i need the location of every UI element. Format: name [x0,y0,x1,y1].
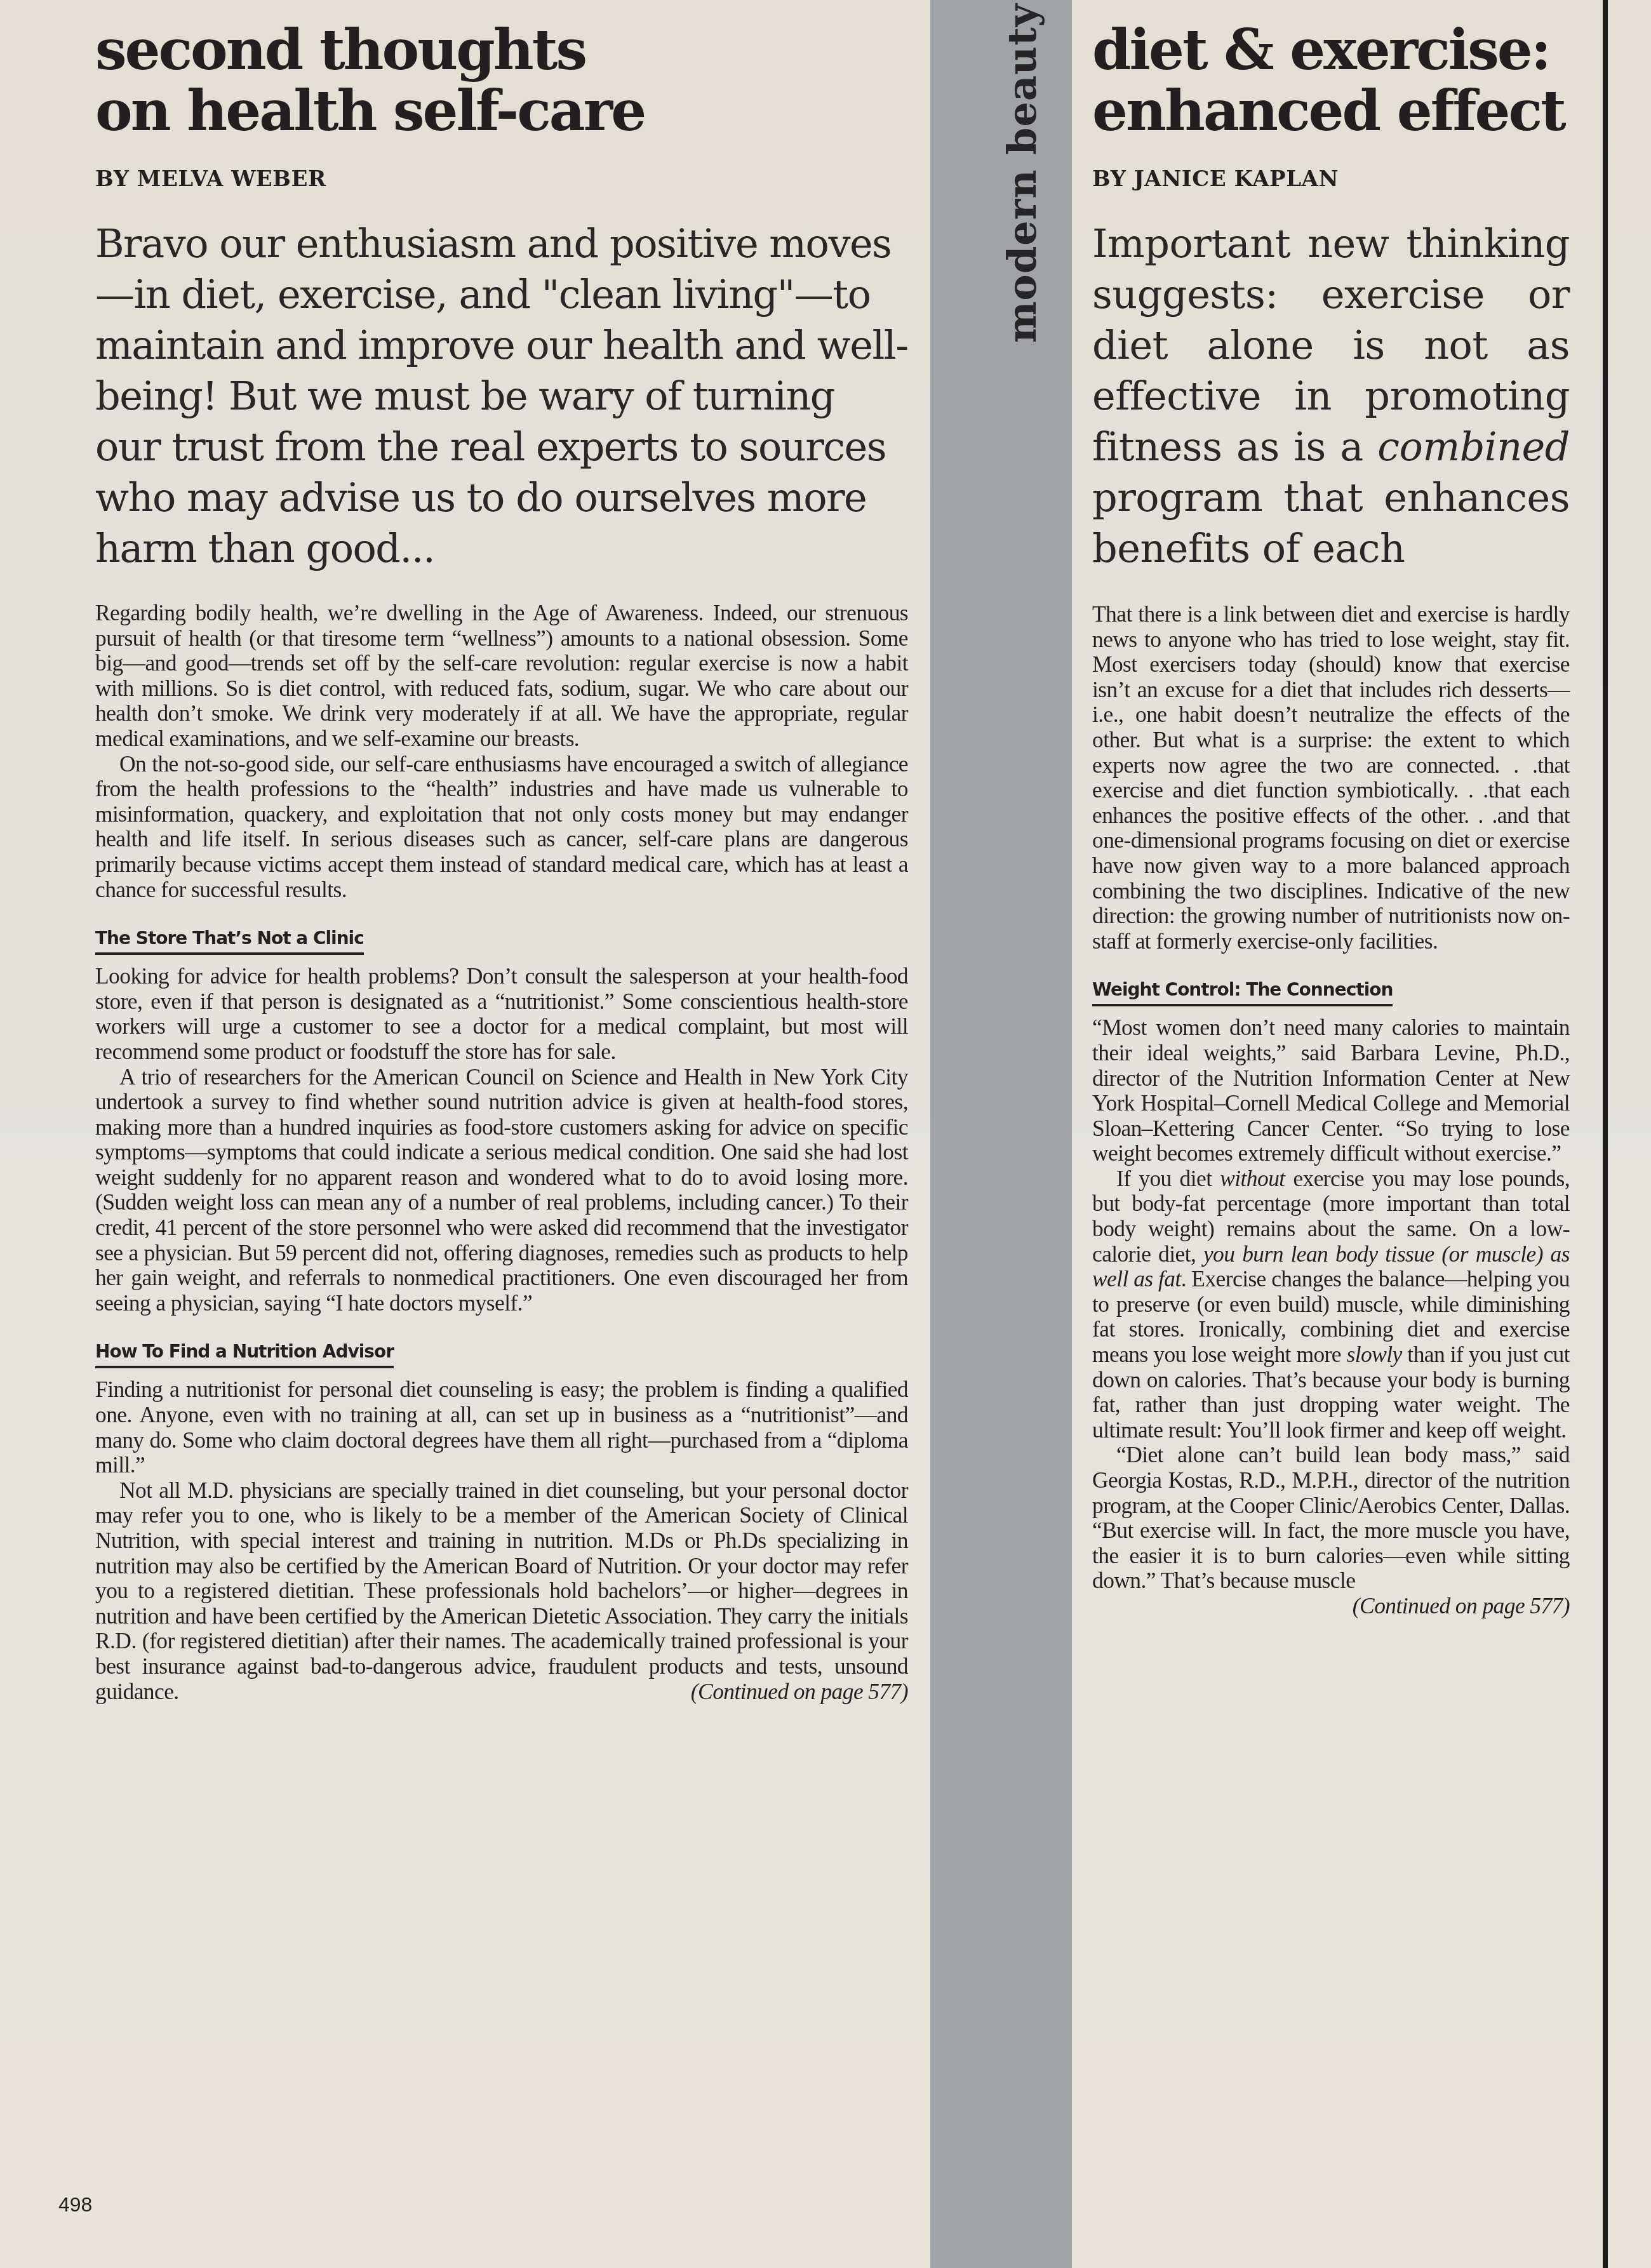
subheading: Weight Control: The Connection [1092,979,1393,1006]
vertical-rule [1603,0,1608,2268]
paragraph: “Diet alone can’t build lean body mass,”… [1092,1443,1570,1594]
continued-link[interactable]: (Continued on page 577) [667,1679,908,1705]
article-self-care: second thoughts on health self-care BY M… [95,19,908,1704]
subheading: How To Find a Nutrition Advisor [95,1341,394,1368]
headline-line-1: second thoughts [95,17,585,83]
byline: BY MELVA WEBER [95,166,908,192]
paragraph: Not all M.D. physicians are specially tr… [95,1478,908,1704]
paragraph: Looking for advice for health problems? … [95,964,908,1064]
article-body: Regarding bodily health, we’re dwelling … [95,601,908,1704]
paragraph: A trio of researchers for the American C… [95,1065,908,1316]
headline-line-2: enhanced effect [1092,77,1565,143]
paragraph: That there is a link between diet and ex… [1092,602,1570,954]
headline-line-1: diet & exercise: [1092,17,1549,83]
paragraph: On the not-so-good side, our self-care e… [95,752,908,903]
section-label: modern beauty [1000,38,1045,343]
paragraph: “Most women don’t need many calories to … [1092,1015,1570,1166]
deck: Important new thinking suggests: exercis… [1092,218,1570,574]
page-number: 498 [58,2193,92,2217]
text-run: “Diet alone can’t build lean body mass,”… [1092,1442,1570,1593]
deck: Bravo our enthusiasm and positive moves—… [95,218,908,574]
paragraph-text: “Diet alone can’t build lean body mass,”… [1092,1442,1570,1593]
paragraph: If you diet without exercise you may los… [1092,1166,1570,1443]
text-run: If you diet [1116,1166,1220,1191]
text-run: “Most women don’t need many calories to … [1092,1015,1570,1166]
article-diet-exercise: diet & exercise: enhanced effect BY JANI… [1092,19,1570,1619]
headline-line-2: on health self-care [95,77,645,143]
paragraph: Regarding bodily health, we’re dwelling … [95,601,908,752]
byline: BY JANICE KAPLAN [1092,166,1570,192]
subheading: The Store That’s Not a Clinic [95,928,364,955]
continued-link[interactable]: (Continued on page 577) [1328,1594,1570,1619]
italic-run: slowly [1347,1342,1402,1367]
paragraph-text: Not all M.D. physicians are specially tr… [95,1478,908,1704]
article-body: That there is a link between diet and ex… [1092,602,1570,1594]
headline: diet & exercise: enhanced effect [1092,19,1570,141]
italic-run: combined [1377,424,1570,470]
magazine-page: modern beauty second thoughts on health … [0,0,1651,2268]
headline: second thoughts on health self-care [95,19,908,141]
paragraph: Finding a nutritionist for personal diet… [95,1377,908,1478]
italic-run: without [1220,1166,1285,1191]
text-run: program that enhances benefits of each [1092,474,1570,571]
